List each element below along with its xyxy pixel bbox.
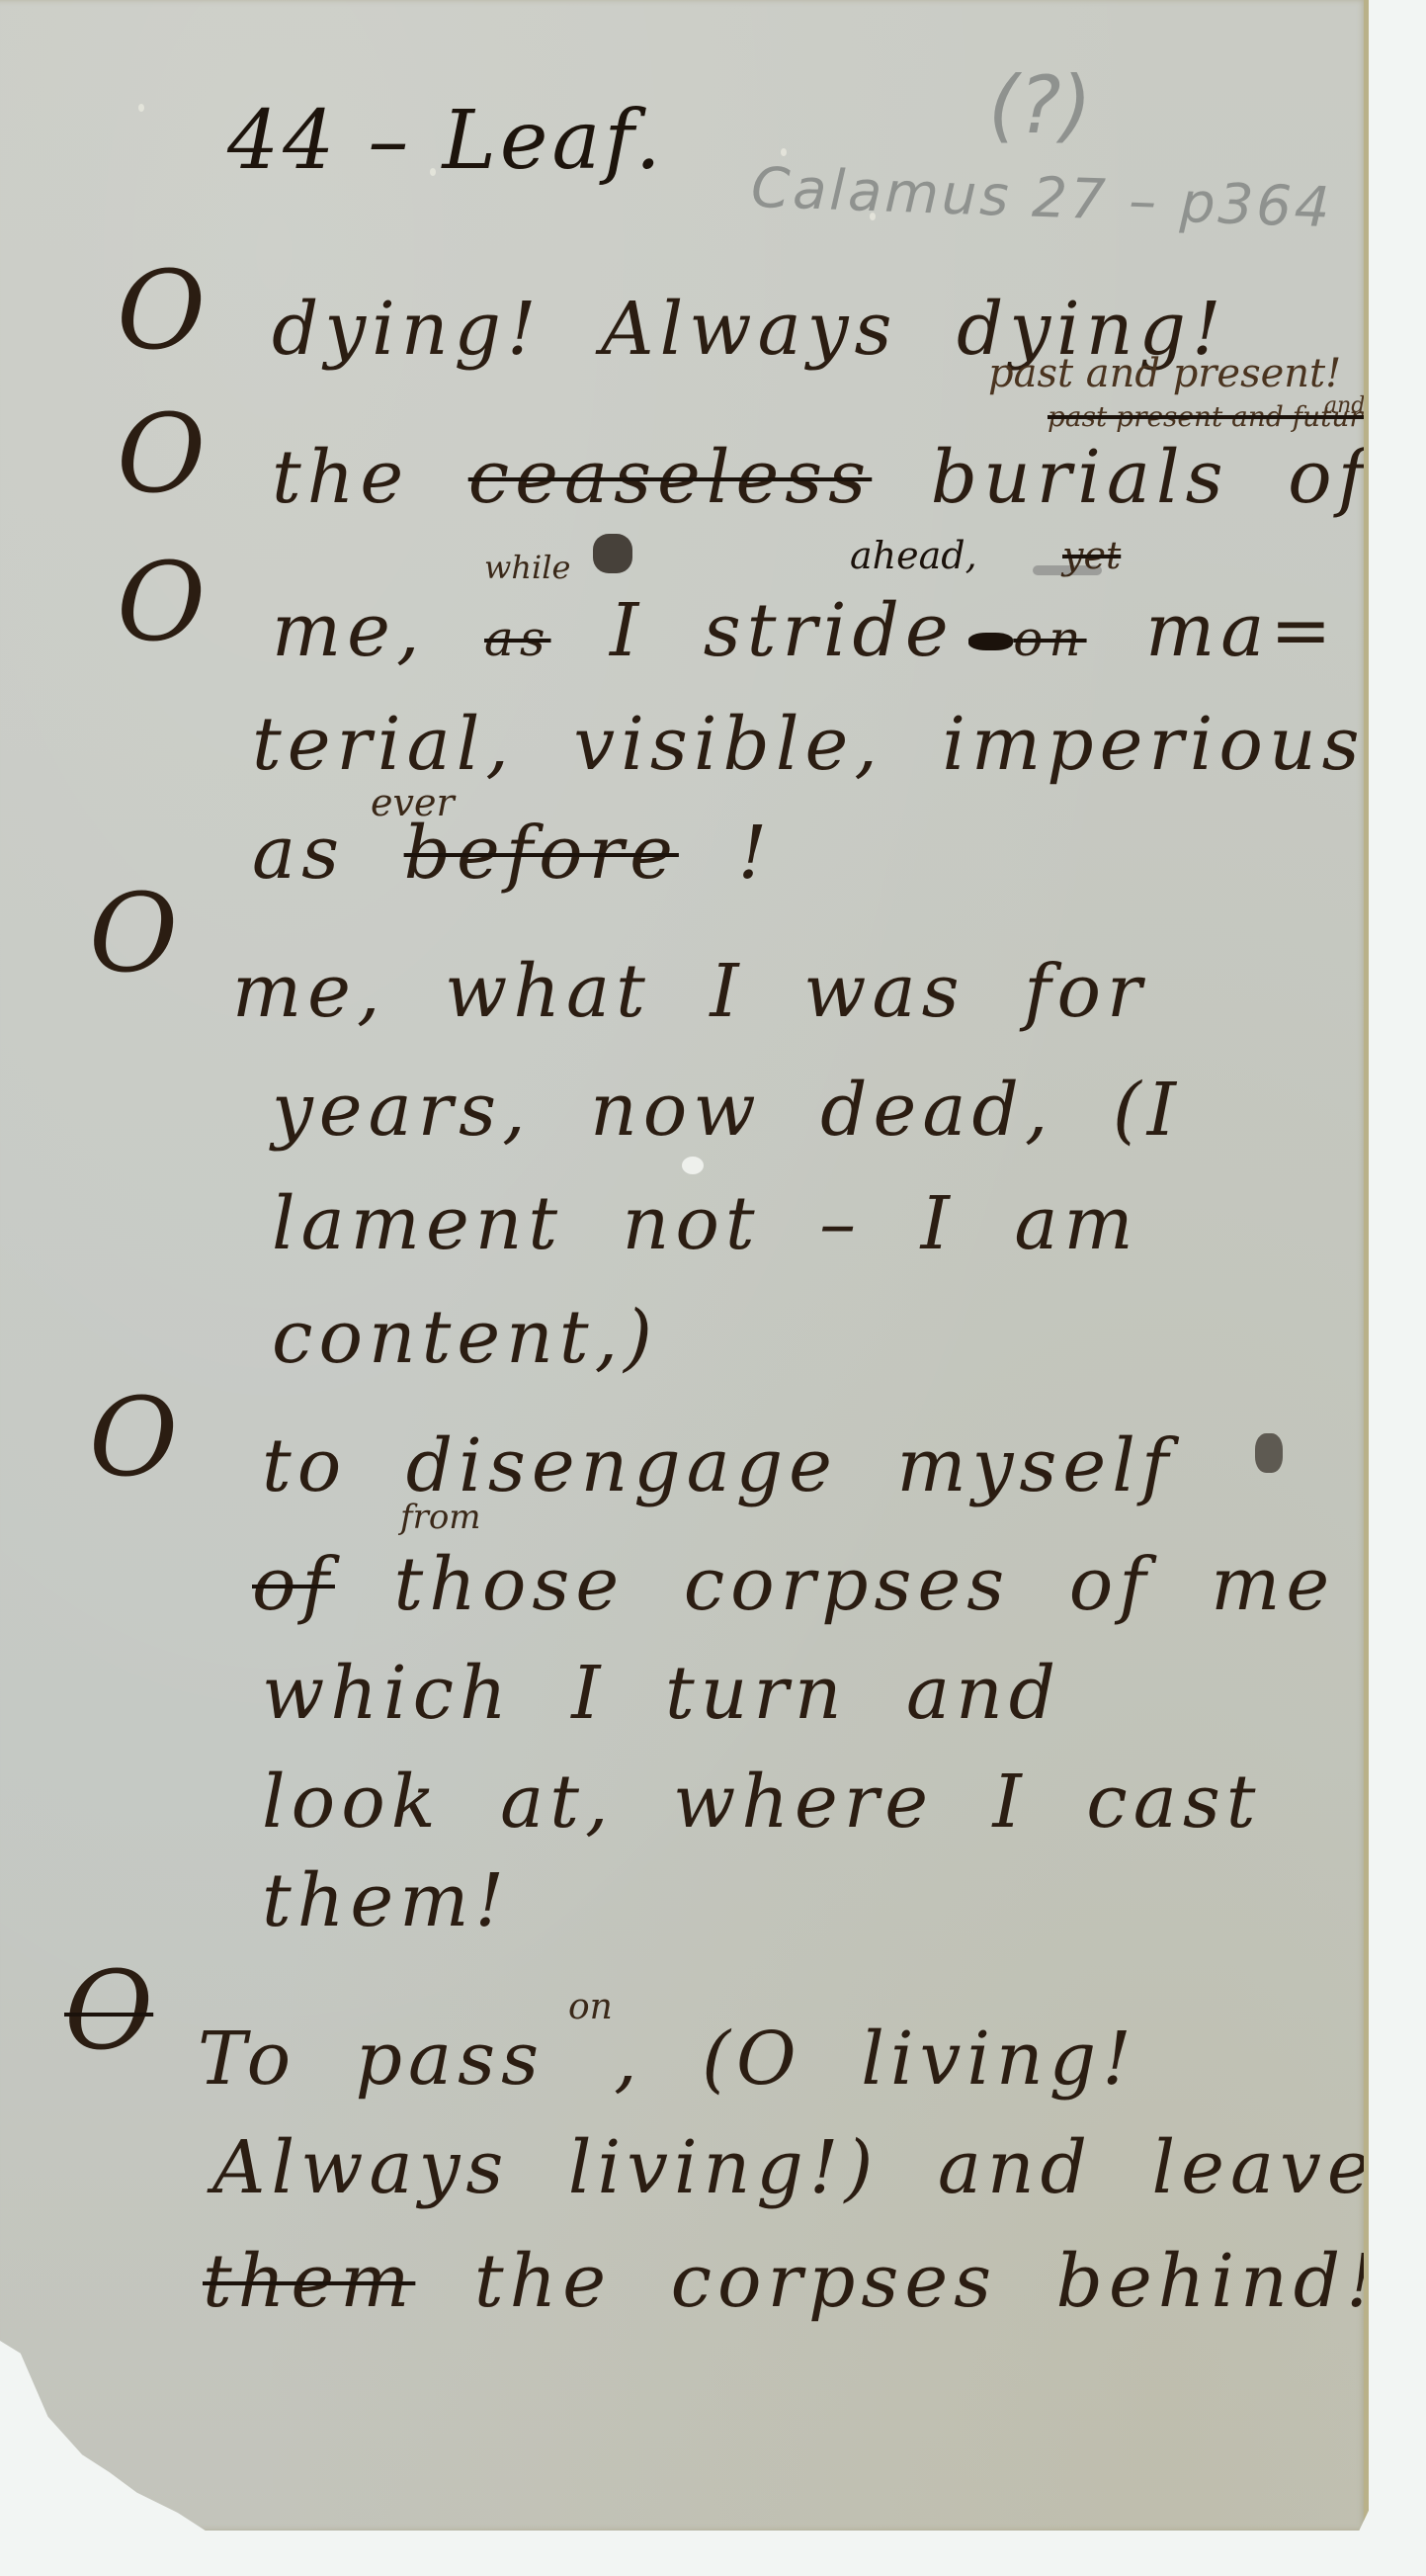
verse-line: me, what I was for — [232, 949, 1147, 1034]
verse-word: me, — [272, 588, 426, 673]
verse-line: of those corpses of me — [252, 1542, 1335, 1627]
stanza-marker: O — [117, 390, 206, 517]
struck-stanza-marker: O — [64, 1947, 153, 2074]
verse-line: to disengage myself — [262, 1423, 1174, 1508]
verse-word: stride — [704, 588, 955, 673]
pencil-query-mark: (?) — [988, 59, 1092, 151]
struck-text: on — [1013, 610, 1086, 667]
struck-text: of — [252, 1542, 335, 1627]
verse-line: lament not – I am — [272, 1181, 1139, 1266]
paper-speck — [138, 104, 144, 112]
pencil-reference-note: Calamus 27 – p364 — [750, 156, 1334, 241]
verse-line: them! — [262, 1858, 510, 1943]
verse-line: years, now dead, (I — [272, 1068, 1182, 1153]
inserted-text: ahead, — [850, 534, 977, 577]
struck-text: them — [203, 2239, 415, 2324]
verse-line: content,) — [272, 1295, 658, 1380]
verse-word: ! — [737, 811, 773, 896]
verse-word: the corpses behind! — [474, 2239, 1382, 2324]
verse-line: the ceaseless burials of me! — [272, 435, 1426, 520]
verse-word: those corpses of me — [393, 1542, 1335, 1627]
verse-line: them the corpses behind! — [203, 2239, 1382, 2324]
stanza-marker: O — [89, 1374, 178, 1501]
stanza-marker: O — [117, 247, 206, 374]
inserted-text: past and present! — [988, 351, 1341, 396]
verse-word: the — [272, 435, 468, 520]
verse-word: I — [610, 588, 644, 673]
paper-damage — [682, 1157, 704, 1174]
leaf-title: 44 – Leaf. — [227, 94, 665, 188]
inserted-text: and — [1324, 393, 1365, 418]
struck-text: yet — [1062, 534, 1121, 577]
struck-text: as — [484, 610, 550, 667]
stanza-marker: O — [89, 870, 178, 996]
paper-speck — [781, 148, 787, 156]
inserted-text: while — [484, 549, 570, 586]
verse-line: Always living!) and leave — [212, 2125, 1377, 2210]
verse-line: as before ! — [252, 811, 773, 896]
struck-text: before — [404, 811, 679, 896]
verse-word: burials of me! — [872, 435, 1426, 520]
verse-line: terial, visible, imperious — [252, 702, 1366, 787]
verse-line: which I turn and — [262, 1651, 1061, 1736]
verse-word: , (O living! — [614, 2017, 1137, 2102]
verse-word: To pass — [198, 2017, 545, 2102]
verse-line: look at, where I cast — [262, 1760, 1262, 1845]
ink-scribble — [593, 534, 632, 573]
ink-scribble — [1255, 1433, 1283, 1473]
inserted-text: from — [400, 1498, 481, 1537]
stanza-marker: O — [117, 539, 206, 665]
manuscript-leaf: 44 – Leaf. (?) Calamus 27 – p364 O dying… — [0, 0, 1369, 2531]
verse-line: me, as I stride on ma= — [272, 588, 1337, 673]
verse-word: as — [252, 811, 345, 896]
verse-word: ma= — [1145, 588, 1337, 673]
struck-text: ceaseless — [468, 435, 873, 520]
paper-speck — [870, 213, 876, 220]
verse-line: To pass, (O living! — [198, 2017, 1137, 2102]
ink-blot — [968, 633, 1013, 650]
paper-speck — [430, 168, 436, 176]
